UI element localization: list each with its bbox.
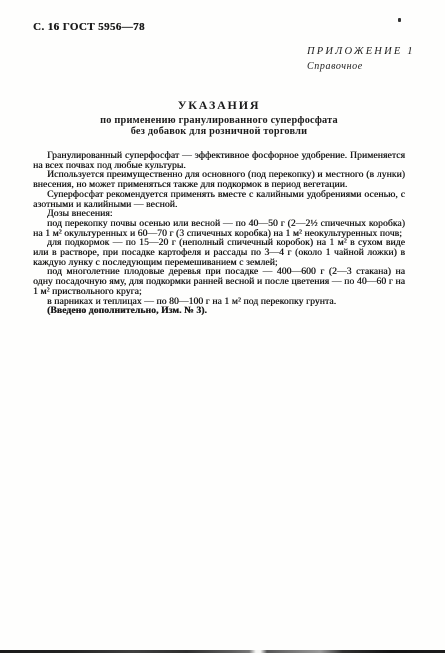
subtitle-line-1: по применению гранулированного суперфосф…	[33, 116, 405, 127]
annex-label: ПРИЛОЖЕНИЕ 1	[307, 46, 415, 57]
document-body: Гранулированный суперфосфат — эффективно…	[33, 151, 405, 316]
paragraph-usage: Используется преимущественно для основно…	[33, 170, 405, 189]
paragraph-combination: Суперфосфат рекомендуется применять вмес…	[33, 190, 405, 209]
paragraph-intro: Гранулированный суперфосфат — эффективно…	[33, 151, 405, 170]
paragraph-dose-feeding: для подкормок — по 15—20 г (неполный спи…	[33, 238, 405, 267]
annex-type: Справочное	[307, 61, 415, 72]
paragraph-dose-digging: под перекопку почвы осенью или весной — …	[33, 219, 405, 238]
amendment-note: (Введено дополнительно, Изм. № 3).	[33, 306, 405, 316]
page-header: С. 16 ГОСТ 5956—78	[33, 21, 145, 33]
annex-block: ПРИЛОЖЕНИЕ 1 Справочное	[307, 46, 415, 72]
subtitle-line-2: без добавок для розничной торговли	[33, 127, 405, 138]
paragraph-dose-trees: под многолетние плодовые деревья при пос…	[33, 267, 405, 296]
scan-artifact-speck	[398, 18, 401, 22]
document-page: С. 16 ГОСТ 5956—78 ПРИЛОЖЕНИЕ 1 Справочн…	[0, 0, 445, 655]
scan-edge-line	[0, 650, 445, 653]
document-title: УКАЗАНИЯ	[33, 98, 405, 113]
document-subtitle: по применению гранулированного суперфосф…	[33, 116, 405, 137]
